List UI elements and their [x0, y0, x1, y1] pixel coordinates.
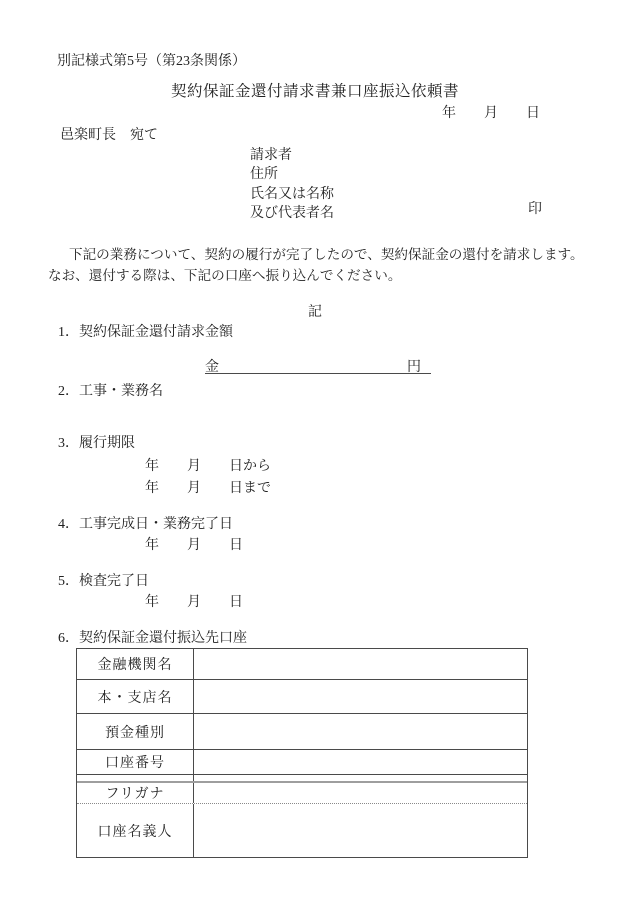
row-value-cell	[194, 804, 527, 857]
item-3-date-to: 年 月 日まで	[145, 477, 271, 497]
table-row-deposit-type: 預金種別	[77, 713, 527, 749]
page-title: 契約保証金還付請求書兼口座振込依頼書	[0, 79, 630, 101]
amount-fill-line: 金 円	[205, 356, 431, 374]
item-3-date-from: 年 月 日から	[145, 455, 271, 475]
item-6-label: 6．契約保証金還付振込先口座	[58, 627, 247, 647]
item-5-date: 年 月 日	[145, 591, 243, 611]
divider-label-cell	[77, 775, 194, 781]
seal-mark: 印	[528, 198, 542, 218]
table-section-divider	[77, 774, 527, 783]
item-4-date: 年 月 日	[145, 534, 243, 554]
row-label-cell: 本・支店名	[77, 680, 194, 713]
bank-account-table: 金融機関名 本・支店名 預金種別 口座番号 フリガナ 口座名義人	[76, 648, 528, 858]
body-line-2: なお、還付する際は、下記の口座へ振り込んでください。	[48, 266, 628, 287]
applicant-block: 請求者 住所 氏名又は名称 及び代表者名	[250, 146, 334, 223]
row-label-cell: 口座名義人	[77, 804, 194, 857]
amount-prefix: 金	[205, 356, 219, 373]
note-marker: 記	[0, 301, 630, 321]
amount-suffix: 円	[407, 356, 431, 373]
row-label-cell: 預金種別	[77, 714, 194, 749]
body-line-1: 下記の業務について、契約の履行が完了したので、契約保証金の還付を請求します。	[48, 245, 628, 266]
table-row-account-holder: 口座名義人	[77, 803, 527, 857]
applicant-name-label: 氏名又は名称	[250, 185, 334, 204]
table-row-furigana: フリガナ	[77, 783, 527, 803]
item-3-label: 3．履行期限	[58, 432, 135, 452]
table-row-branch-name: 本・支店名	[77, 679, 527, 713]
applicant-address-label: 住所	[250, 165, 334, 184]
item-2-label: 2．工事・業務名	[58, 380, 163, 400]
applicant-representative-label: 及び代表者名	[250, 204, 334, 223]
document-page: 別記様式第5号（第23条関係） 契約保証金還付請求書兼口座振込依頼書 年 月 日…	[0, 0, 630, 915]
row-label-cell: フリガナ	[77, 783, 194, 803]
applicant-label: 請求者	[250, 146, 334, 165]
table-row-financial-institution: 金融機関名	[77, 649, 527, 679]
body-paragraph: 下記の業務について、契約の履行が完了したので、契約保証金の還付を請求します。 な…	[48, 245, 628, 286]
date-blank-line: 年 月 日	[442, 102, 540, 122]
addressee: 邑楽町長 宛て	[60, 124, 158, 144]
row-label-cell: 金融機関名	[77, 649, 194, 679]
row-value-cell	[194, 750, 527, 774]
row-label-cell: 口座番号	[77, 750, 194, 774]
row-value-cell	[194, 649, 527, 679]
row-value-cell	[194, 680, 527, 713]
table-row-account-number: 口座番号	[77, 749, 527, 774]
divider-value-cell	[194, 775, 527, 781]
row-value-cell	[194, 714, 527, 749]
item-5-label: 5．検査完了日	[58, 570, 149, 590]
form-number: 別記様式第5号（第23条関係）	[57, 50, 246, 70]
row-value-cell	[194, 783, 527, 803]
item-4-label: 4．工事完成日・業務完了日	[58, 513, 233, 533]
item-1-label: 1．契約保証金還付請求金額	[58, 321, 233, 341]
